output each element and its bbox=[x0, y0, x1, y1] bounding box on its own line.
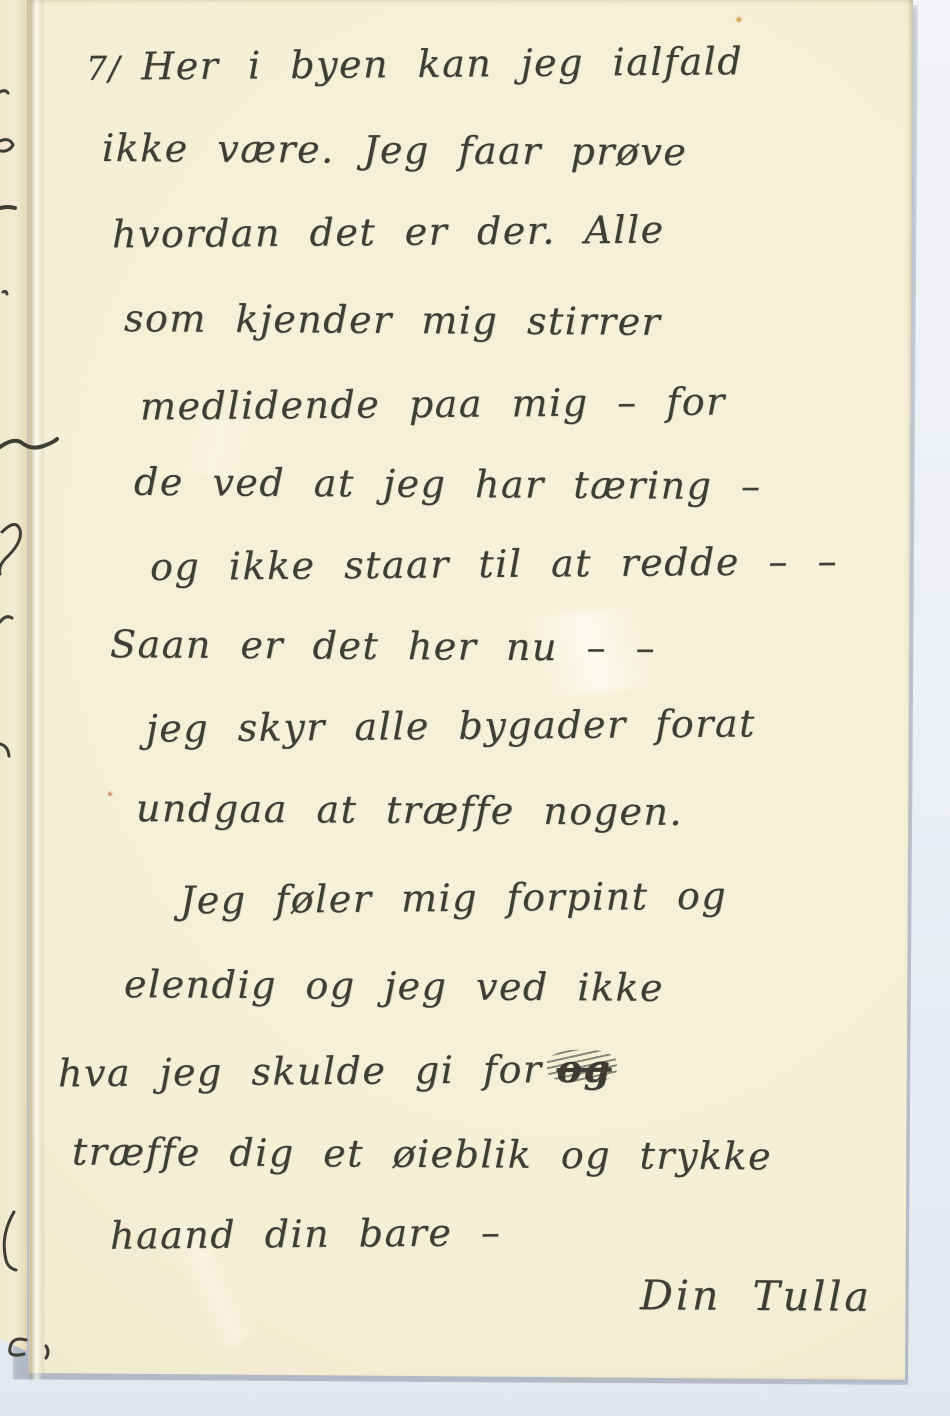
handwriting-text: medlidende paa mig – for bbox=[140, 379, 726, 428]
handwriting-line: 7/Her i byen kan jeg ialfald bbox=[86, 39, 744, 90]
handwriting-text: og ikke staar til at redde – – bbox=[150, 539, 838, 589]
handwriting-text: jeg skyr alle bygader forat bbox=[146, 701, 756, 750]
handwriting-line: undgaa at træffe nogen. bbox=[136, 786, 683, 835]
handwriting-line: ikke være. Jeg faar prøve bbox=[102, 126, 688, 176]
handwriting-text: Saan er det her nu – – bbox=[110, 622, 656, 670]
handwriting-text: træffe dig et øieblik og trykke bbox=[72, 1130, 772, 1179]
handwriting-text: som kjender mig stirrer bbox=[124, 296, 662, 344]
handwriting-text: hva jeg skulde gi for bbox=[58, 1047, 543, 1095]
handwriting-line: de ved at jeg har tæring – bbox=[134, 460, 762, 510]
handwriting-line: Jeg føler mig forpint og bbox=[180, 874, 728, 924]
handwriting-line: haand din bare – bbox=[110, 1210, 502, 1259]
handwriting-text: haand din bare – bbox=[110, 1210, 502, 1257]
handwriting-line: elendig og jeg ved ikke bbox=[124, 962, 664, 1011]
handwriting-line: træffe dig et øieblik og trykke bbox=[72, 1130, 772, 1180]
handwriting-line: Saan er det her nu – – bbox=[110, 622, 656, 671]
handwriting-line: jeg skyr alle bygader forat bbox=[146, 701, 756, 752]
handwriting-text: elendig og jeg ved ikke bbox=[124, 962, 664, 1010]
handwriting-line: og ikke staar til at redde – – bbox=[150, 539, 838, 591]
handwriting-text: ikke være. Jeg faar prøve bbox=[102, 126, 688, 174]
scanned-letter-page: 7/Her i byen kan jeg ialfald ikke være. … bbox=[0, 0, 950, 1416]
handwriting-line: medlidende paa mig – for bbox=[140, 379, 726, 430]
handwriting-line: hva jeg skulde gi forog bbox=[58, 1046, 612, 1097]
handwriting-text: hvordan det er der. Alle bbox=[112, 208, 665, 257]
handwriting-text: de ved at jeg har tæring – bbox=[134, 460, 762, 508]
handwriting-text: Jeg føler mig forpint og bbox=[180, 874, 728, 923]
letter-body: 7/Her i byen kan jeg ialfald ikke være. … bbox=[0, 0, 950, 1416]
struck-word: og bbox=[556, 1046, 611, 1091]
page-number-mark: 7/ bbox=[86, 49, 121, 88]
handwriting-line: hvordan det er der. Alle bbox=[112, 208, 665, 258]
handwriting-line: som kjender mig stirrer bbox=[124, 296, 662, 345]
handwriting-text: Her i byen kan jeg ialfald bbox=[141, 39, 743, 88]
signature-handwriting: Din Tulla bbox=[640, 1271, 872, 1322]
handwriting-text: undgaa at træffe nogen. bbox=[136, 786, 683, 834]
